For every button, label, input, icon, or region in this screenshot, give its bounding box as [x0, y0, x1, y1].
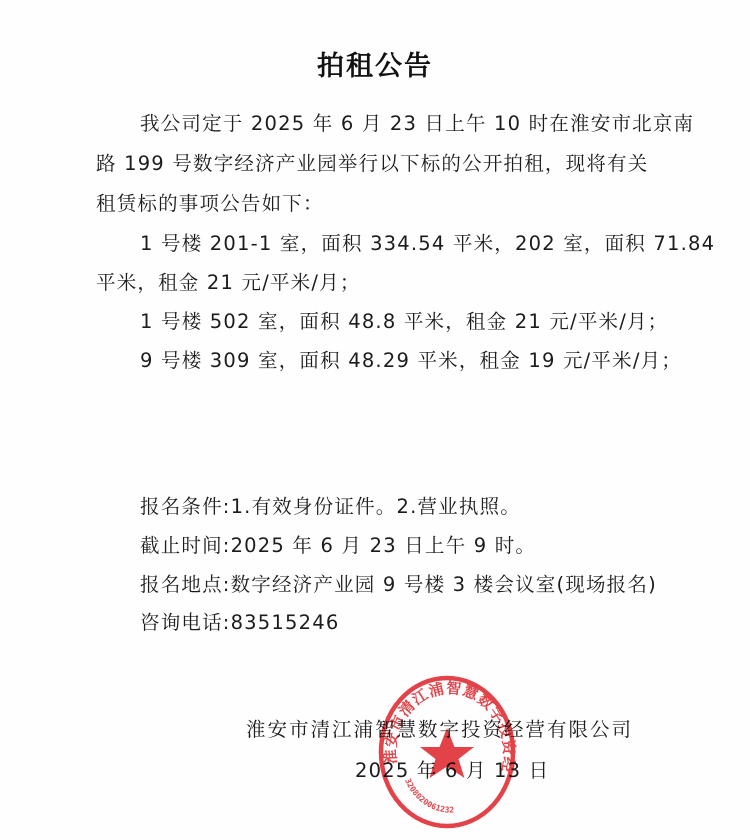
intro-line-2: 路 199 号数字经济产业园举行以下标的公开拍租，现将有关 [96, 148, 648, 176]
item-2: 1 号楼 502 室，面积 48.8 平米，租金 21 元/平米/月； [140, 306, 668, 334]
phone-line: 咨询电话:83515246 [140, 607, 339, 635]
intro-line-3: 租赁标的事项公告如下： [96, 188, 324, 216]
item-3: 9 号楼 309 室，面积 48.29 平米，租金 19 元/平米/月； [140, 345, 682, 373]
document-title: 拍租公告 [0, 44, 750, 83]
official-stamp: 淮安市清江浦智慧数字投资经营有限公司 3208020061232 [375, 668, 519, 830]
deadline-line: 截止时间:2025 年 6 月 23 日上午 9 时。 [140, 530, 536, 558]
svg-text:3208020061232: 3208020061232 [403, 777, 454, 815]
item-1-line-1: 1 号楼 201-1 室，面积 334.54 平米，202 室，面积 71.84 [140, 228, 715, 256]
item-1-line-2: 平米，租金 21 元/平米/月； [96, 267, 361, 295]
star-icon [420, 728, 474, 778]
requirements-line: 报名条件:1.有效身份证件。2.营业执照。 [140, 491, 521, 519]
intro-line-1: 我公司定于 2025 年 6 月 23 日上午 10 时在淮安市北京南 [140, 108, 694, 136]
location-line: 报名地点:数字经济产业园 9 号楼 3 楼会议室(现场报名) [140, 569, 657, 597]
stamp-code: 3208020061232 [403, 777, 454, 815]
announcement-page: 拍租公告 我公司定于 2025 年 6 月 23 日上午 10 时在淮安市北京南… [0, 0, 750, 840]
